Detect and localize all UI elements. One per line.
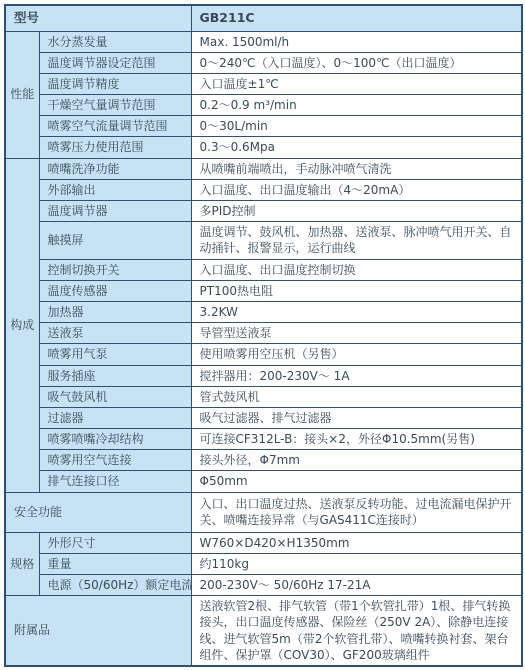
attr-label: 控制切换开关: [39, 259, 191, 280]
attr-label: 吸气鼓风机: [39, 386, 191, 407]
table-row-safety: 安全功能 入口、出口温度过热、送液泵反转功能、过电流漏电保护开关、喷嘴连接异常（…: [5, 492, 522, 532]
attr-label: 重量: [39, 553, 191, 574]
attr-value: 搅拌器用：200-230V～ 1A: [191, 365, 522, 386]
table-row: 喷雾压力使用范围 0.3～0.6Mpa: [5, 137, 522, 158]
table-row: 温度调节器 多PID控制: [5, 201, 522, 222]
attr-label: 喷雾空气流量调节范围: [39, 116, 191, 137]
attr-label: 喷雾用气泵: [39, 344, 191, 365]
attr-value: 吸气过滤器、排气过滤器: [191, 407, 522, 428]
table-row: 性能 水分蒸发量 Max. 1500ml/h: [5, 31, 522, 52]
attr-label: 温度调节器设定范围: [39, 52, 191, 73]
spec-sheet: 型号 GB211C 性能 水分蒸发量 Max. 1500ml/h 温度调节器设定…: [0, 0, 525, 667]
section-label-spec: 规格: [5, 532, 39, 596]
attr-value: 0～240℃（入口温度）、0～100℃（出口温度）: [191, 52, 522, 73]
attr-value: 入口、出口温度过热、送液泵反转功能、过电流漏电保护开关、喷嘴连接异常（与GAS4…: [191, 492, 522, 532]
table-row: 外部输出 入口温度、出口温度输出（4～20mA）: [5, 179, 522, 200]
table-row: 过滤器 吸气过滤器、排气过滤器: [5, 407, 522, 428]
table-row: 温度调节器设定范围 0～240℃（入口温度）、0～100℃（出口温度）: [5, 52, 522, 73]
attr-value: 可连接CF312L-B：接头×2，外径Φ10.5mm(另售): [191, 429, 522, 450]
attr-value: Max. 1500ml/h: [191, 31, 522, 52]
table-row: 温度调节精度 入口温度±1℃: [5, 73, 522, 94]
attr-value: 接头外径，Φ7mm: [191, 450, 522, 471]
attr-label: 喷雾用空气连接: [39, 450, 191, 471]
attr-value: 0.2～0.9 m³/min: [191, 95, 522, 116]
table-row: 喷雾喷嘴冷却结构 可连接CF312L-B：接头×2，外径Φ10.5mm(另售): [5, 429, 522, 450]
attr-label: 喷嘴洗净功能: [39, 158, 191, 179]
attr-label: 电源（50/60Hz）额定电流: [39, 575, 191, 596]
attr-label: 喷雾喷嘴冷却结构: [39, 429, 191, 450]
attr-value: 从喷嘴前端喷出，手动脉冲喷气清洗: [191, 158, 522, 179]
table-row: 加热器 3.2KW: [5, 301, 522, 322]
model-label: 型号: [5, 5, 191, 31]
attr-value: W760×D420×H1350mm: [191, 532, 522, 553]
attr-value: 入口温度、出口温度输出（4～20mA）: [191, 179, 522, 200]
attr-label: 外形尺寸: [39, 532, 191, 553]
table-row: 控制切换开关 入口温度、出口温度控制切换: [5, 259, 522, 280]
attr-label: 喷雾压力使用范围: [39, 137, 191, 158]
table-row: 喷雾空气流量调节范围 0～30L/min: [5, 116, 522, 137]
attr-label: 排气连接口径: [39, 471, 191, 492]
attr-value: 使用喷雾用空压机（另售）: [191, 344, 522, 365]
attr-label: 过滤器: [39, 407, 191, 428]
attr-value: 入口温度、出口温度控制切换: [191, 259, 522, 280]
table-row: 温度传感器 PT100热电阻: [5, 280, 522, 301]
attr-value: 0～30L/min: [191, 116, 522, 137]
table-row: 服务插座 搅拌器用：200-230V～ 1A: [5, 365, 522, 386]
table-row: 干燥空气量调节范围 0.2～0.9 m³/min: [5, 95, 522, 116]
table-row: 重量 约110kg: [5, 553, 522, 574]
attr-value: 温度调节、鼓风机、加热器、送液泵、脉冲喷气用开关、自动捅针、报警显示，运行曲线: [191, 222, 522, 259]
table-row: 规格 外形尺寸 W760×D420×H1350mm: [5, 532, 522, 553]
table-row: 构成 喷嘴洗净功能 从喷嘴前端喷出，手动脉冲喷气清洗: [5, 158, 522, 179]
attr-value: PT100热电阻: [191, 280, 522, 301]
table-row: 喷雾用空气连接 接头外径，Φ7mm: [5, 450, 522, 471]
attr-label: 温度调节器: [39, 201, 191, 222]
section-label-safety: 安全功能: [5, 492, 191, 532]
attr-value: 约110kg: [191, 553, 522, 574]
table-row: 吸气鼓风机 管式鼓风机: [5, 386, 522, 407]
attr-value: Φ50mm: [191, 471, 522, 492]
attr-label: 温度调节精度: [39, 73, 191, 94]
attr-value: 导管型送液泵: [191, 323, 522, 344]
attr-label: 触摸屏: [39, 222, 191, 259]
table-row: 排气连接口径 Φ50mm: [5, 471, 522, 492]
section-label-performance: 性能: [5, 31, 39, 158]
attr-value: 管式鼓风机: [191, 386, 522, 407]
attr-label: 服务插座: [39, 365, 191, 386]
attr-value: 200-230V～ 50/60Hz 17-21A: [191, 575, 522, 596]
attr-value: 3.2KW: [191, 301, 522, 322]
attr-value: 多PID控制: [191, 201, 522, 222]
attr-label: 温度传感器: [39, 280, 191, 301]
spec-table: 型号 GB211C 性能 水分蒸发量 Max. 1500ml/h 温度调节器设定…: [4, 4, 523, 667]
attr-value: 送液软管2根、排气软管（带1个软管扎带）1根、排气转换接头，出口温度传感器、保险…: [191, 596, 522, 666]
model-value: GB211C: [191, 5, 522, 31]
attr-value: 0.3～0.6Mpa: [191, 137, 522, 158]
attr-label: 干燥空气量调节范围: [39, 95, 191, 116]
table-row: 触摸屏 温度调节、鼓风机、加热器、送液泵、脉冲喷气用开关、自动捅针、报警显示，运…: [5, 222, 522, 259]
section-label-accessories: 附属品: [5, 596, 191, 666]
table-row: 电源（50/60Hz）额定电流 200-230V～ 50/60Hz 17-21A: [5, 575, 522, 596]
attr-label: 外部输出: [39, 179, 191, 200]
attr-value: 入口温度±1℃: [191, 73, 522, 94]
attr-label: 加热器: [39, 301, 191, 322]
table-row-header: 型号 GB211C: [5, 5, 522, 31]
attr-label: 水分蒸发量: [39, 31, 191, 52]
table-row: 送液泵 导管型送液泵: [5, 323, 522, 344]
table-row-accessories: 附属品 送液软管2根、排气软管（带1个软管扎带）1根、排气转换接头，出口温度传感…: [5, 596, 522, 666]
table-row: 喷雾用气泵 使用喷雾用空压机（另售）: [5, 344, 522, 365]
attr-label: 送液泵: [39, 323, 191, 344]
section-label-composition: 构成: [5, 158, 39, 492]
